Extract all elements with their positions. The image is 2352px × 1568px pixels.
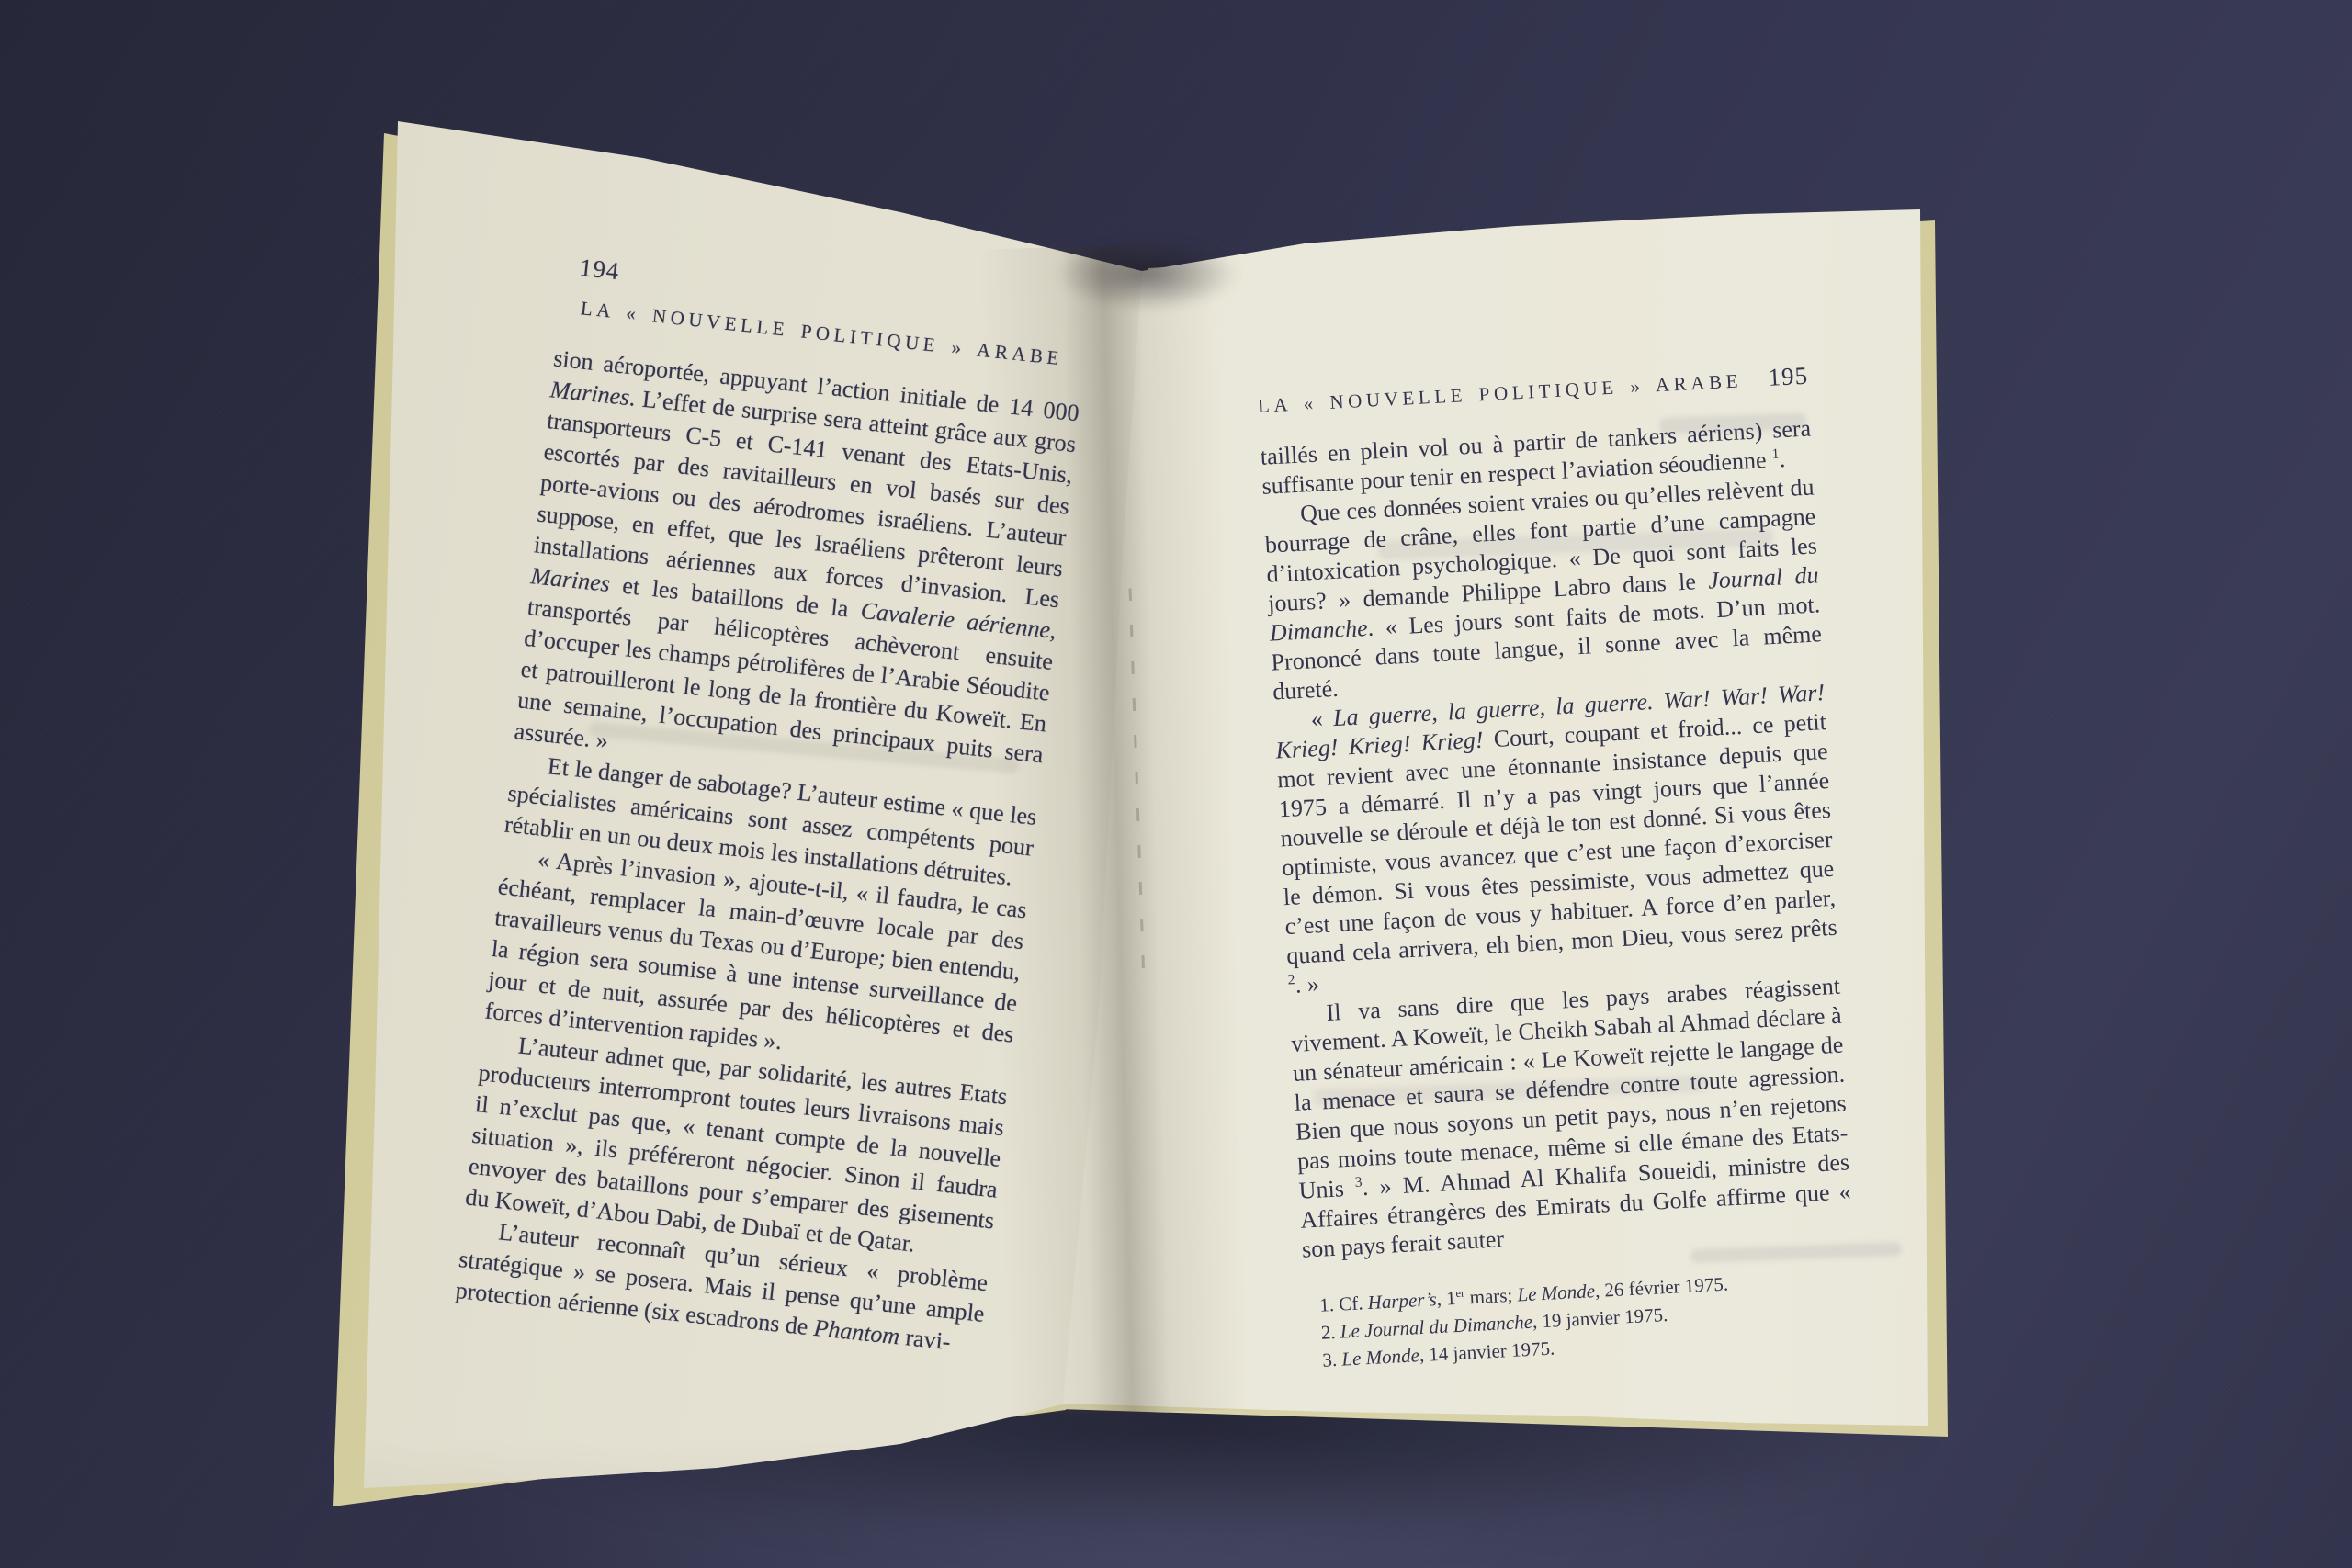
right-page-content: LA « NOUVELLE POLITIQUE » ARABE 195 tail… [1257,361,1859,1375]
left-page-content: 194 LA « NOUVELLE POLITIQUE » ARABE sion… [454,250,1091,1361]
paragraph: Il va sans dire que les pays arabes réag… [1289,972,1853,1265]
right-page-number: 195 [1768,361,1809,392]
photo-open-book: { "colors": { "background": "#31324a", "… [0,0,2352,1568]
gutter-top-shadow [1055,237,1238,310]
paragraph: sion aéroportée, appuyant l’action initi… [513,343,1080,802]
paragraph: Que ces données soient vraies ou qu’elle… [1262,472,1824,706]
paragraph: « La guerre, la guerre, la guerre. War! … [1273,678,1839,1000]
